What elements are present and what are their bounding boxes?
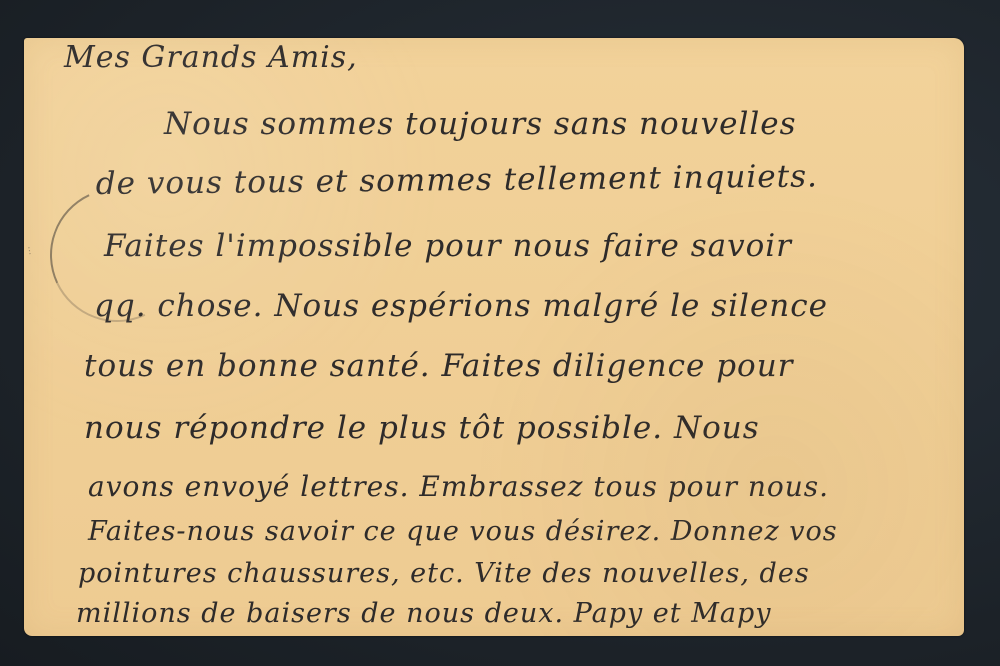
letter-line: pointures chaussures, etc. Vite des nouv… — [78, 558, 810, 589]
letter-line: de vous tous et sommes tellement inquiet… — [96, 158, 818, 202]
handwritten-letter: Mes Grands Amis, Nous sommes toujours sa… — [24, 38, 964, 636]
letter-closing: millions de baisers de nous deux. Papy e… — [76, 598, 772, 629]
letter-line: Nous sommes toujours sans nouvelles — [164, 106, 797, 142]
letter-line: tous en bonne santé. Faites diligence po… — [84, 348, 793, 384]
postcard: … Mes Grands Amis, Nous sommes toujours … — [24, 38, 964, 636]
letter-line: Faites l'impossible pour nous faire savo… — [104, 228, 792, 264]
letter-line: qq. chose. Nous espérions malgré le sile… — [94, 288, 828, 324]
letter-salutation: Mes Grands Amis, — [64, 40, 358, 75]
letter-line: Faites-nous savoir ce que vous désirez. … — [88, 516, 838, 547]
letter-line: avons envoyé lettres. Embrassez tous pou… — [88, 470, 829, 503]
letter-line: nous répondre le plus tôt possible. Nous — [84, 410, 760, 446]
